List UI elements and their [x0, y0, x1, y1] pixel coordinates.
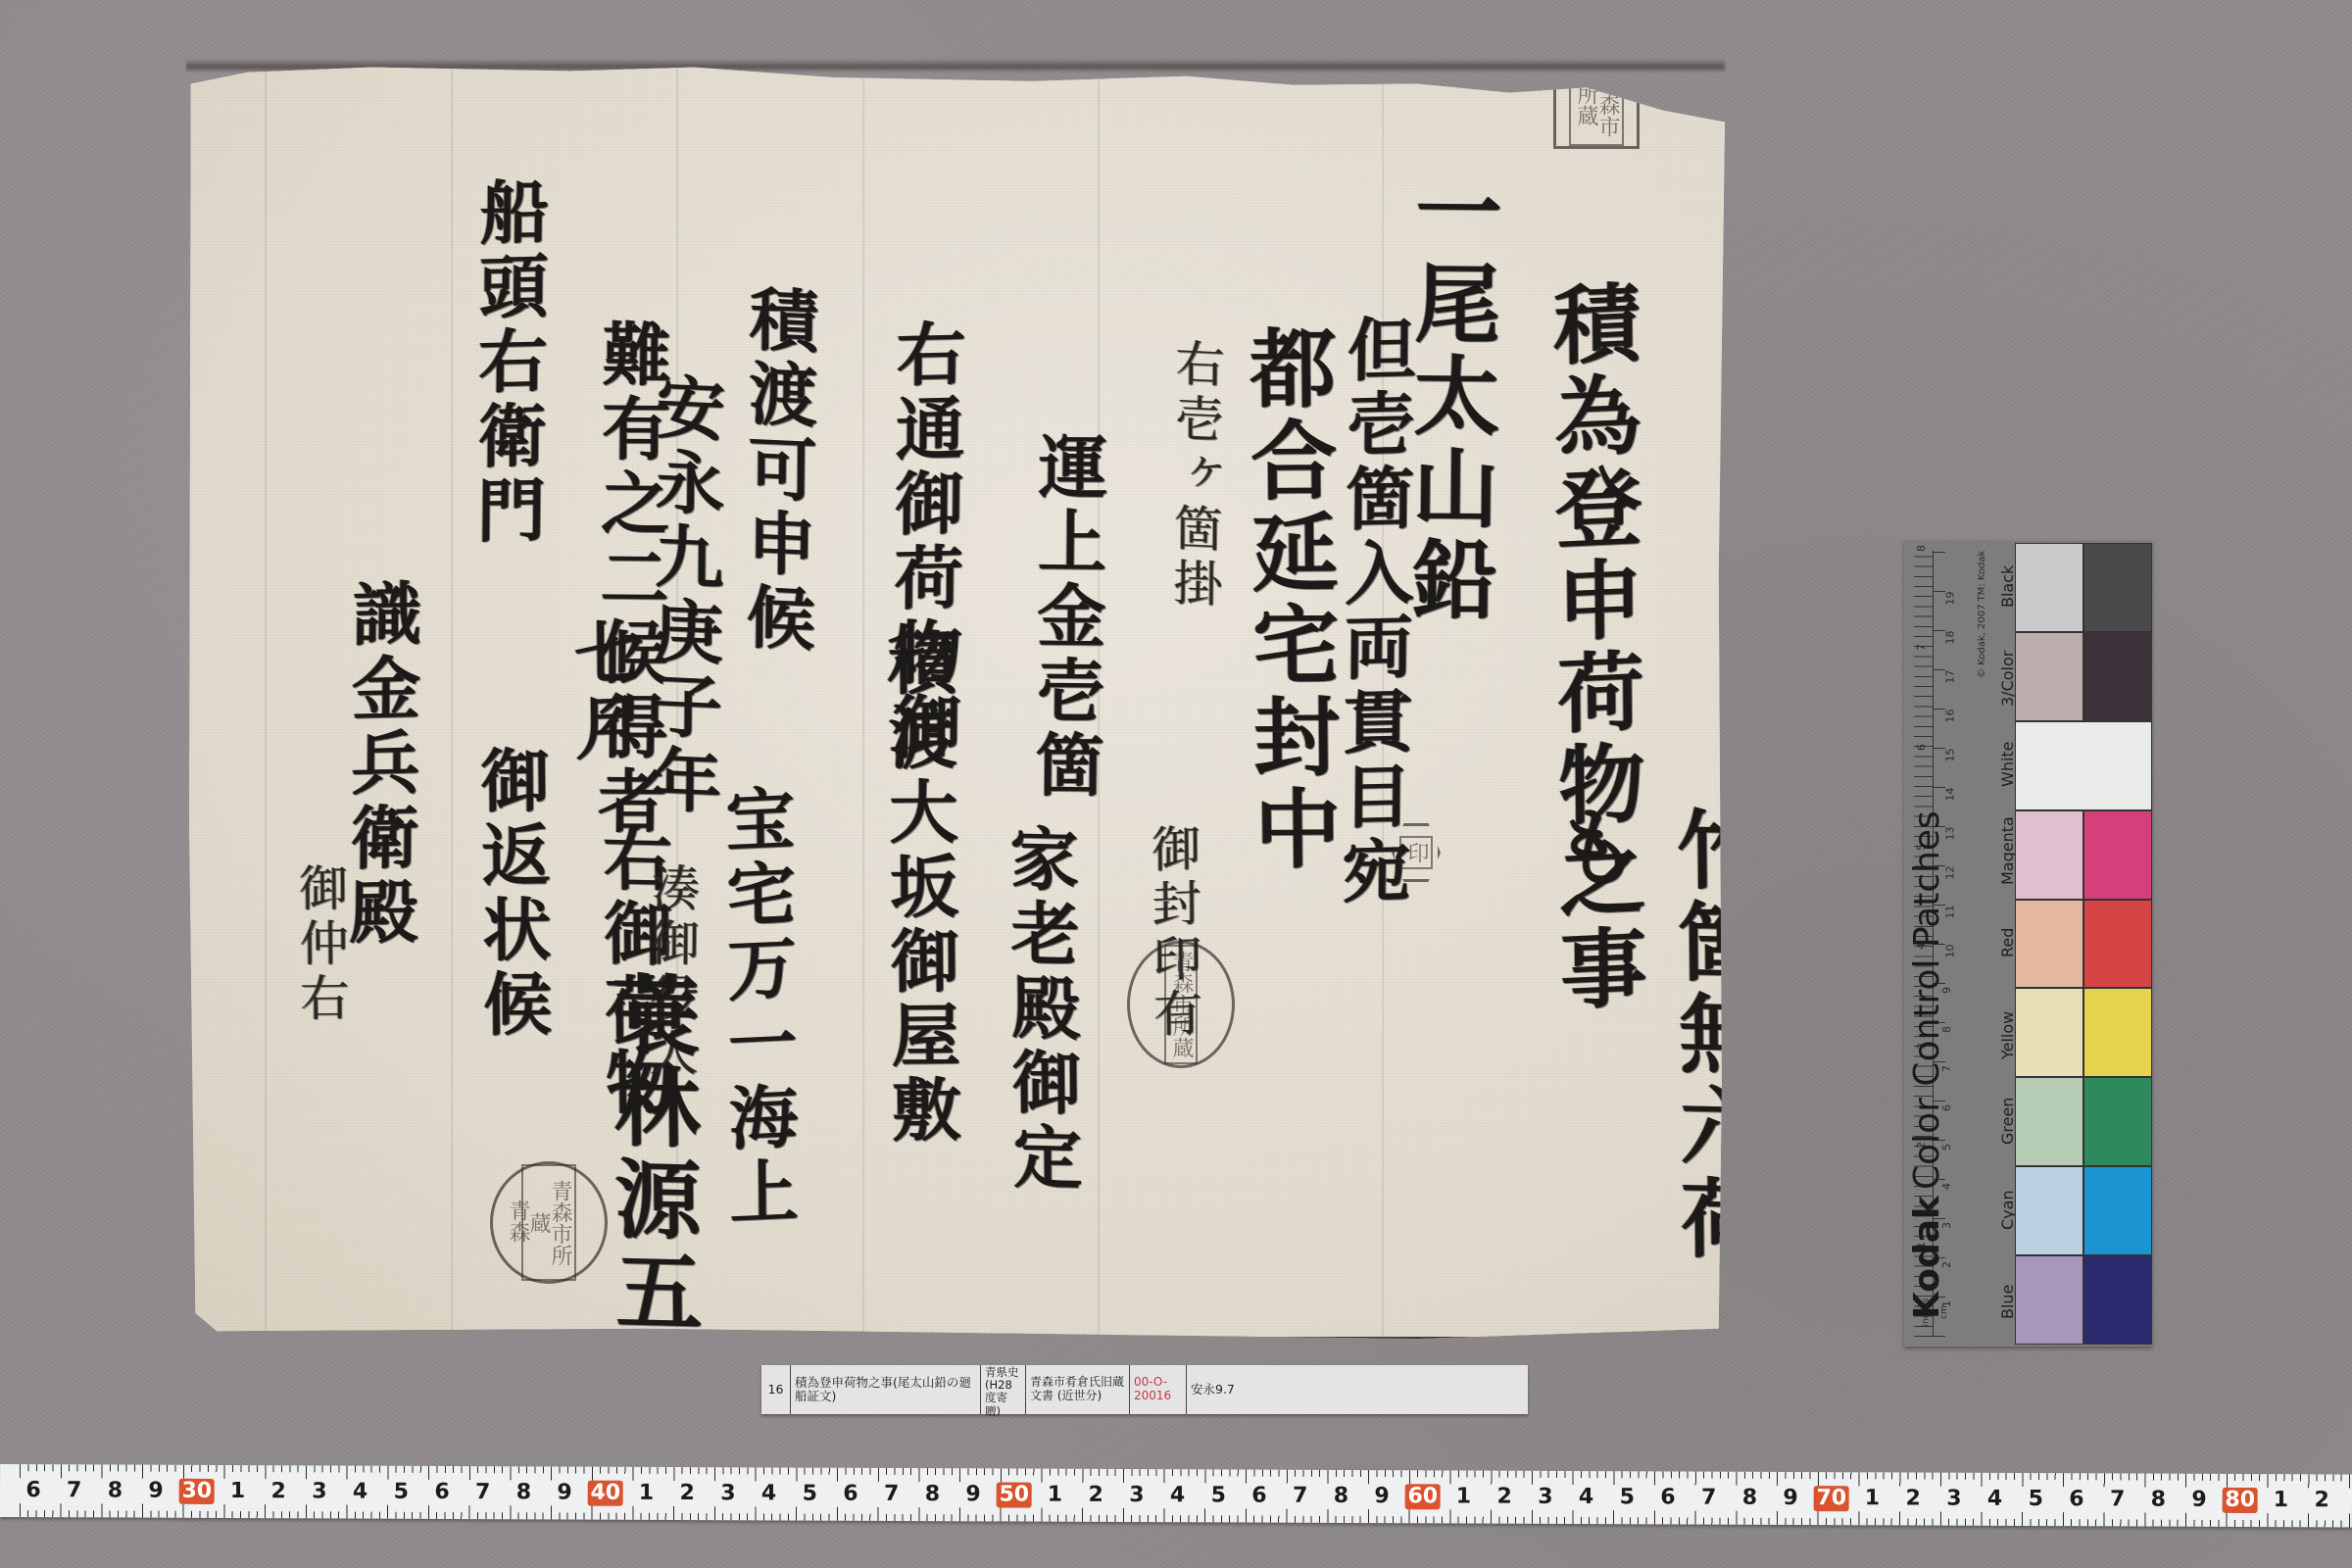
catalog-number: 16 [761, 1365, 791, 1414]
catalog-title: 積為登申荷物之事(尾太山鉛の廻船証文) [791, 1365, 981, 1414]
tape-cm-label: 4 [1579, 1485, 1593, 1510]
tape-cm-label: 4 [761, 1481, 776, 1506]
tape-cm-label: 7 [2110, 1487, 2125, 1512]
tape-cm-label: 4 [1170, 1483, 1185, 1508]
tape-decade-label: 40 [587, 1481, 623, 1506]
tape-decade-label: 80 [2222, 1488, 2258, 1513]
calligraphy-column: 都合延宅封中 [1225, 322, 1354, 876]
patch-red-dark [2083, 900, 2152, 989]
catalog-id: 00-O-20016 [1130, 1365, 1187, 1414]
tape-cm-label: 2 [270, 1479, 285, 1504]
tape-cm-label: 6 [25, 1478, 40, 1503]
tape-decade-label: 30 [178, 1479, 215, 1504]
seal-inscription: 青森市所蔵 [1164, 945, 1198, 1064]
tape-cm-label: 2 [2314, 1488, 2328, 1513]
calligraphy-column: 右壱ヶ箇掛 [1158, 336, 1232, 613]
calligraphy-column: 宝宅万一海上 [706, 782, 809, 1233]
calligraphy-column: 御返状候 [461, 744, 563, 1043]
tape-cm-label: 1 [1865, 1486, 1880, 1511]
kodak-cm-mark: 16 [1944, 710, 1957, 723]
patch-red-light [2015, 900, 2083, 989]
tape-cm-label: 5 [394, 1480, 409, 1505]
bottom-round-seal-icon: 青森市所蔵青森 [490, 1161, 608, 1284]
tape-cm-label: 8 [1334, 1484, 1348, 1509]
catalog-collection: 青森市肴倉氏旧蔵文書 (近世分) [1026, 1365, 1130, 1414]
tape-cm-label: 3 [720, 1481, 735, 1506]
measuring-tape: 6789301234567894012345678950123456789601… [0, 1464, 2352, 1527]
calligraphy-column: 竹箇無六荷も [1529, 801, 1782, 1342]
tape-cm-label: 9 [1374, 1484, 1389, 1509]
color-patches-grid [2015, 543, 2152, 1345]
tape-decade-label: 60 [1404, 1484, 1441, 1509]
kodak-cm-mark: 14 [1944, 788, 1957, 802]
patch-white [2015, 721, 2152, 810]
tape-cm-label: 6 [1660, 1485, 1675, 1510]
seal-inscription: 青森市所蔵 [1569, 64, 1624, 146]
tape-cm-label: 8 [2151, 1488, 2166, 1513]
patch-yellow-dark [2083, 988, 2152, 1077]
patch-green-light [2015, 1077, 2083, 1166]
tape-cm-label: 9 [557, 1480, 571, 1505]
calligraphy-column: 船頭右衛門 [457, 175, 560, 551]
tape-cm-label: 1 [1456, 1484, 1471, 1509]
tape-cm-label: 2 [1905, 1486, 1920, 1511]
tape-cm-label: 5 [1211, 1483, 1226, 1508]
tape-cm-label: 8 [1742, 1486, 1757, 1511]
tape-cm-label: 1 [639, 1481, 654, 1506]
tape-cm-label: 7 [884, 1482, 899, 1507]
tape-cm-label: 3 [312, 1479, 326, 1504]
tape-cm-label: 7 [1293, 1484, 1307, 1509]
tape-cm-label: 4 [1987, 1487, 2002, 1512]
tape-cm-label: 8 [925, 1482, 940, 1507]
tape-decade-label: 70 [1813, 1486, 1849, 1511]
tape-cm-label: 8 [516, 1480, 531, 1505]
tape-cm-label: 3 [1129, 1483, 1144, 1508]
patch-magenta-light [2015, 810, 2083, 900]
patch-blue-light [2015, 1255, 2083, 1345]
patch-magenta-dark [2083, 810, 2152, 900]
kodak-cm-mark: 15 [1944, 749, 1957, 762]
calligraphy-column: 積渡大坂御屋敷 [867, 626, 972, 1149]
patch-yellow-light [2015, 988, 2083, 1077]
kodak-inch-mark: 7 [1915, 644, 1928, 651]
kodak-cm-mark: 19 [1944, 592, 1957, 606]
kodak-cm-mark: 18 [1944, 631, 1957, 645]
kodak-inch-mark: 8 [1915, 545, 1928, 552]
tape-cm-label: 9 [148, 1479, 163, 1504]
tape-decade-label: 50 [996, 1482, 1032, 1507]
calligraphy-column: 蓑林源五 [588, 968, 715, 1340]
seal-inscription: 印 [1399, 836, 1433, 869]
patch-3-color-light [2015, 632, 2083, 721]
patch-cyan-light [2015, 1166, 2083, 1255]
tape-cm-label: 7 [1701, 1486, 1716, 1511]
catalog-date: 安永9.7 [1187, 1365, 1528, 1414]
tape-cm-label: 6 [1251, 1484, 1266, 1509]
tape-cm-label: 1 [2274, 1488, 2288, 1513]
tape-cm-label: 9 [1783, 1486, 1797, 1511]
tape-cm-label: 3 [1538, 1485, 1552, 1510]
calligraphy-column: 御仲右 [284, 862, 357, 1028]
kodak-title-text: Color Control Patches [1907, 810, 1947, 1190]
tape-cm-label: 5 [803, 1482, 817, 1507]
tape-cm-label: 1 [230, 1479, 245, 1504]
tape-cm-label: 9 [2191, 1488, 2206, 1513]
center-round-seal-icon: 青森市所蔵 [1127, 941, 1235, 1068]
tape-cm-label: 4 [353, 1480, 367, 1505]
tape-cm-label: 7 [475, 1480, 490, 1505]
kodak-cm-mark: 17 [1944, 670, 1957, 684]
calligraphy-column: 七月 [554, 615, 655, 769]
tape-cm-label: 2 [1088, 1483, 1102, 1508]
tape-cm-label: 2 [679, 1481, 694, 1506]
tape-cm-label: 9 [965, 1482, 980, 1507]
patch-green-dark [2083, 1077, 2152, 1166]
calligraphy-column: 積渡可申候 [726, 282, 829, 659]
kodak-copyright: © Kodak, 2007 TM: Kodak [1977, 551, 1987, 678]
historical-document: 積為登申荷物之事一尾太山鉛竹箇無六荷も但壱箇入両貫目宛都合延宅封中右壱ヶ箇掛御封… [186, 65, 1725, 1339]
catalog-label: 16 積為登申荷物之事(尾太山鉛の廻船証文) 青県史(H28度寄贈) 青森市肴倉… [761, 1365, 1528, 1414]
paper-fold-line [862, 65, 865, 1339]
tape-cm-label: 1 [1048, 1483, 1062, 1508]
patch-3-color-dark [2083, 632, 2152, 721]
tape-cm-label: 5 [1620, 1485, 1635, 1510]
tape-cm-label: 5 [2029, 1487, 2043, 1512]
calligraphy-column: 家老殿御定 [990, 822, 1093, 1198]
kodak-inch-mark: 6 [1915, 744, 1928, 751]
top-right-seal-icon: 青森市所蔵 [1553, 61, 1640, 149]
kodak-color-control-strip: 1234567891011121314151617181912345678inc… [1904, 541, 2152, 1347]
kodak-brand-title: KodakColor Control Patches [1907, 907, 1947, 1319]
tape-cm-label: 6 [434, 1480, 449, 1505]
patch-cyan-dark [2083, 1166, 2152, 1255]
tape-cm-label: 2 [1496, 1485, 1511, 1510]
patch-black-light [2015, 543, 2083, 632]
kodak-logo-text: Kodak [1907, 1196, 1947, 1319]
paper-fold-line [451, 65, 454, 1339]
paper-fold-line [265, 65, 268, 1339]
patch-black-dark [2083, 543, 2152, 632]
calligraphy-column: 運上金壱箇 [1015, 430, 1118, 804]
tape-cm-label: 8 [108, 1478, 122, 1503]
tape-cm-label: 7 [67, 1478, 81, 1503]
patch-blue-dark [2083, 1255, 2152, 1345]
seal-side-text: 青森 [503, 1200, 533, 1243]
tape-cm-label: 6 [843, 1482, 857, 1507]
tape-cm-label: 3 [1946, 1487, 1961, 1512]
catalog-source: 青県史(H28度寄贈) [981, 1365, 1026, 1414]
tape-cm-label: 6 [2069, 1487, 2083, 1512]
